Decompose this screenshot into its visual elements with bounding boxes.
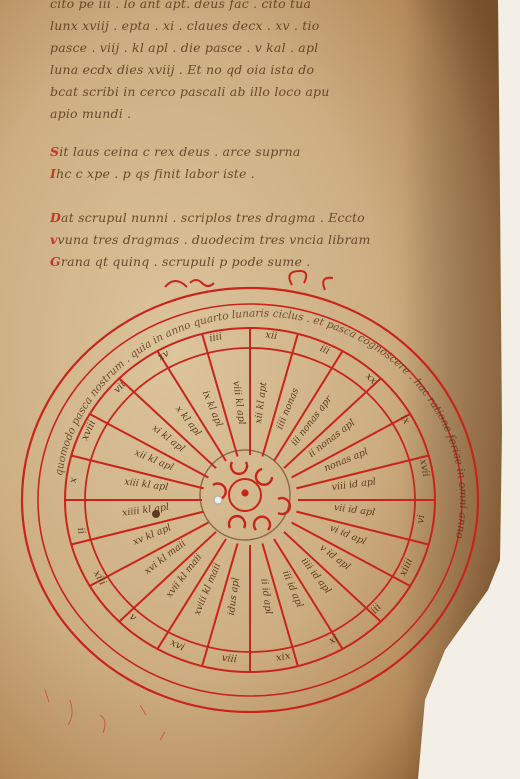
- spoke-label: vii id apl: [333, 502, 375, 518]
- manuscript-page: cito pe iii . lo ant apt. deus fac . cit…: [0, 0, 520, 779]
- ring-numeral: xvii: [417, 458, 431, 477]
- ring-numeral: xi: [327, 633, 340, 647]
- ring-numeral: xiiii: [398, 557, 416, 578]
- ring-numeral: xix: [275, 650, 292, 664]
- spoke-label: ii id apl: [258, 578, 274, 615]
- ring-numeral: viii: [221, 653, 237, 666]
- ring-numeral: x: [68, 476, 80, 483]
- ring-numeral: ii: [75, 527, 87, 535]
- spoke-label: idus apl: [226, 577, 242, 616]
- ring-numeral: iiii: [208, 331, 223, 344]
- spoke-label: iii id apl: [280, 569, 305, 609]
- ring-numeral: vi: [415, 514, 427, 524]
- spoke-label: vi id apl: [328, 523, 368, 548]
- spoke-label: xii kl apt: [253, 381, 269, 424]
- easter-computus-wheel: quomodo pasca nostrum . quia in anno qua…: [0, 0, 520, 779]
- ring-numeral: xviii: [80, 419, 99, 443]
- spoke-label: xiiii kl apl: [121, 502, 169, 519]
- wheel-spokes: [65, 328, 435, 672]
- ring-numeral: iii: [318, 343, 331, 357]
- ring-numeral: xii: [265, 330, 278, 342]
- spoke-label: xii kl apl: [133, 447, 175, 473]
- pin-hole: [214, 496, 222, 504]
- spoke-label: viii kl apl: [230, 380, 247, 425]
- spoke-label: nonas apl: [323, 446, 370, 474]
